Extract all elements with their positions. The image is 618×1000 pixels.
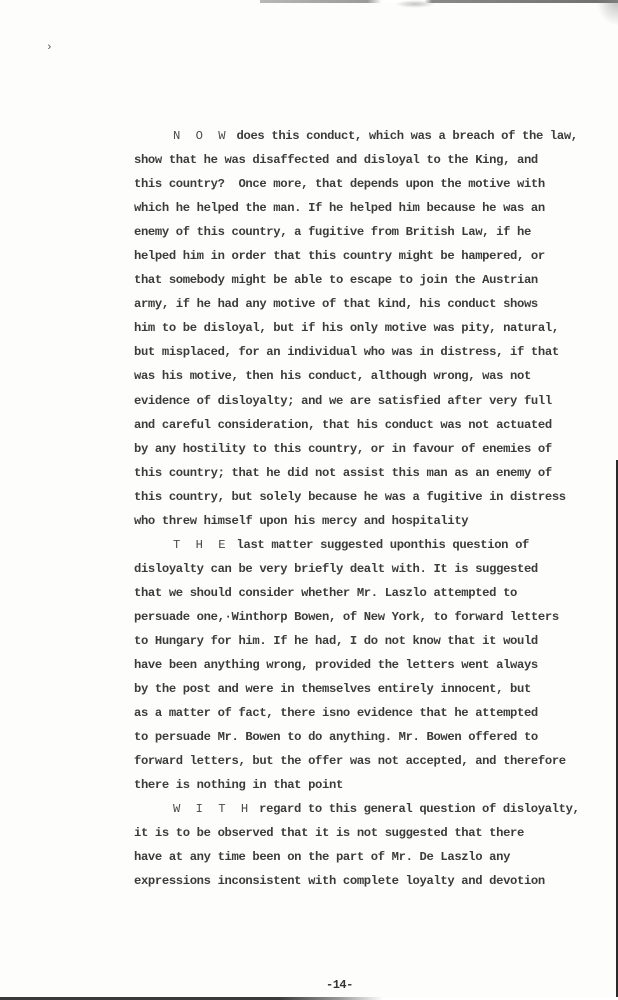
scan-top-edge xyxy=(260,0,618,3)
paragraph-lead-word: T H E xyxy=(173,538,230,552)
paragraph-line: forward letters, but the offer was not a… xyxy=(134,749,618,773)
paragraph-line: evidence of disloyalty; and we are satis… xyxy=(134,389,618,413)
paragraph-line: there is nothing in that point xyxy=(134,773,618,797)
paragraph-line: enemy of this country, a fugitive from B… xyxy=(134,220,618,244)
paragraph-line: and careful consideration, that his cond… xyxy=(134,413,618,437)
paragraph-line: that we should consider whether Mr. Lasz… xyxy=(134,581,618,605)
paragraph-line: this country; that he did not assist thi… xyxy=(134,461,618,485)
document-body: N O W does this conduct, which was a bre… xyxy=(134,124,618,894)
paragraph-line: it is to be observed that it is not sugg… xyxy=(134,821,618,845)
paragraph-line: but misplaced, for an individual who was… xyxy=(134,340,618,364)
paragraph-line: by any hostility to this country, or in … xyxy=(134,437,618,461)
paragraph-lead-word: W I T H xyxy=(173,802,252,816)
paragraph-line: this country, but solely because he was … xyxy=(134,485,618,509)
line-text: does this conduct, which was a breach of… xyxy=(230,129,578,143)
scanned-page: › N O W does this conduct, which was a b… xyxy=(0,0,618,1000)
line-text: last matter suggested uponthis question … xyxy=(230,538,529,552)
margin-mark: › xyxy=(46,42,53,54)
paragraph-line: helped him in order that this country mi… xyxy=(134,244,618,268)
paragraph-line: have been anything wrong, provided the l… xyxy=(134,653,618,677)
paragraph-line: that somebody might be able to escape to… xyxy=(134,268,618,292)
paragraph-3-line-1: W I T H regard to this general question … xyxy=(134,797,618,821)
paragraph-line: show that he was disaffected and disloya… xyxy=(134,148,618,172)
scan-corner-smudge xyxy=(596,0,618,26)
paragraph-line: who threw himself upon his mercy and hos… xyxy=(134,509,618,533)
paragraph-line: army, if he had any motive of that kind,… xyxy=(134,292,618,316)
paragraph-line: to Hungary for him. If he had, I do not … xyxy=(134,629,618,653)
paragraph-2-line-1: T H E last matter suggested uponthis que… xyxy=(134,533,618,557)
paragraph-lead-word: N O W xyxy=(173,129,230,143)
paragraph-line: this country? Once more, that depends up… xyxy=(134,172,618,196)
paragraph-line: which he helped the man. If he helped hi… xyxy=(134,196,618,220)
paragraph-line: expressions inconsistent with complete l… xyxy=(134,869,618,893)
paragraph-line: by the post and were in themselves entir… xyxy=(134,677,618,701)
paragraph-1-line-1: N O W does this conduct, which was a bre… xyxy=(134,124,618,148)
paragraph-line: was his motive, then his conduct, althou… xyxy=(134,364,618,388)
line-text: regard to this general question of dislo… xyxy=(252,802,579,816)
page-number: -14- xyxy=(326,978,353,992)
paragraph-line: to persuade Mr. Bowen to do anything. Mr… xyxy=(134,725,618,749)
paragraph-line: disloyalty can be very briefly dealt wit… xyxy=(134,557,618,581)
scan-smudge xyxy=(395,0,435,8)
paragraph-line: persuade one,·Winthorp Bowen, of New Yor… xyxy=(134,605,618,629)
paragraph-line: have at any time been on the part of Mr.… xyxy=(134,845,618,869)
paragraph-line: as a matter of fact, there isno evidence… xyxy=(134,701,618,725)
paragraph-line: him to be disloyal, but if his only moti… xyxy=(134,316,618,340)
